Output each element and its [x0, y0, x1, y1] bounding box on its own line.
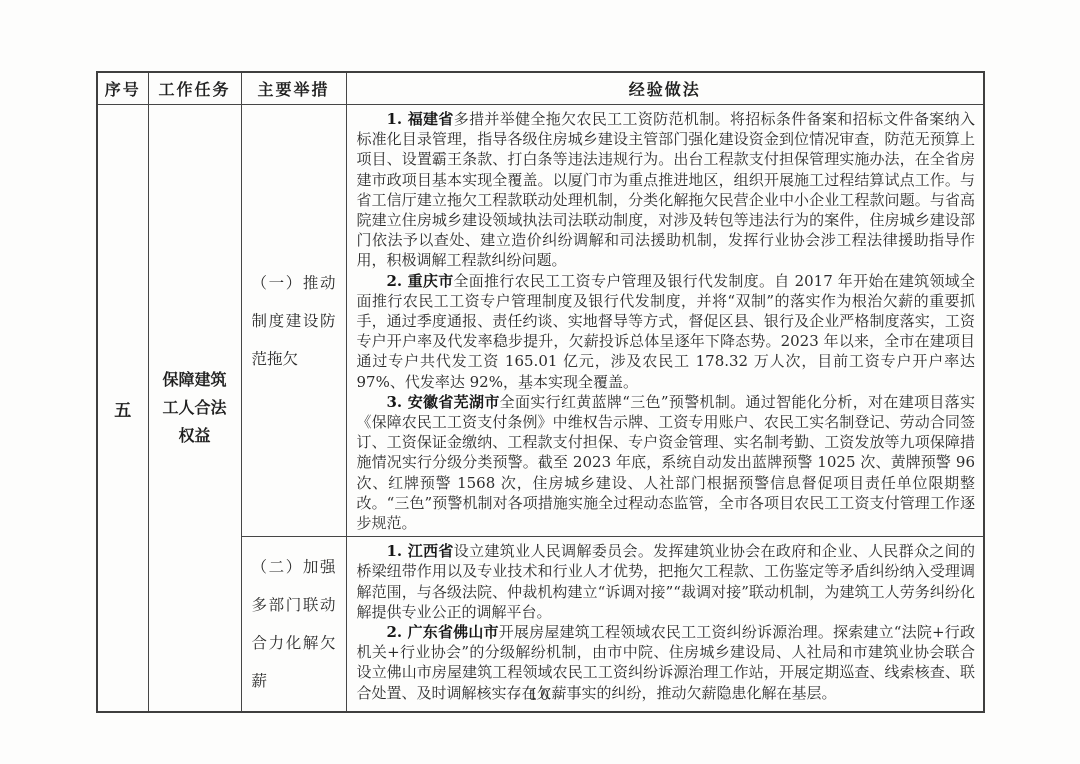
serial-number-cell: 五	[97, 105, 148, 713]
work-task-cell: 保障建筑工人合法权益	[148, 105, 241, 713]
paragraph-lead: 1. 江西省	[387, 542, 454, 560]
column-header-task: 工作任务	[148, 72, 241, 105]
experience-paragraph-jiangxi: 1. 江西省设立建筑业人民调解委员会。发挥建筑业协会在政府和企业、人民群众之间的…	[357, 541, 976, 622]
paragraph-lead: 3. 安徽省芜湖市	[387, 393, 500, 411]
paragraph-lead: 1. 福建省	[387, 110, 454, 128]
experience-paragraph-wuhu: 3. 安徽省芜湖市全面实行红黄蓝牌“三色”预警机制。通过智能化分析，对在建项目落…	[357, 392, 976, 533]
paragraph-lead: 2. 重庆市	[387, 272, 454, 290]
column-header-measure: 主要举措	[241, 72, 346, 105]
table-header-row: 序号 工作任务 主要举措 经验做法	[97, 72, 984, 105]
experience-paragraph-fujian: 1. 福建省多措并举健全拖欠农民工工资防范机制。将招标条件备案和招标文件备案纳入…	[357, 109, 976, 271]
column-header-experience: 经验做法	[346, 72, 984, 105]
measure-cell-1: （一）推动制度建设防范拖欠	[241, 105, 346, 537]
document-page: 序号 工作任务 主要举措 经验做法 五 保障建筑工人合法权益 （一）推动制度建设…	[0, 0, 1080, 764]
page-number: - 10 -	[0, 688, 1080, 704]
experience-paragraph-chongqing: 2. 重庆市全面推行农民工工资专户管理及银行代发制度。自 2017 年开始在建筑…	[357, 271, 976, 392]
column-header-serial: 序号	[97, 72, 148, 105]
experience-cell-2: 1. 江西省设立建筑业人民调解委员会。发挥建筑业协会在政府和企业、人民群众之间的…	[346, 537, 984, 713]
table-row-section-1: 五 保障建筑工人合法权益 （一）推动制度建设防范拖欠 1. 福建省多措并举健全拖…	[97, 105, 984, 537]
experience-table: 序号 工作任务 主要举措 经验做法 五 保障建筑工人合法权益 （一）推动制度建设…	[96, 71, 985, 713]
measure-cell-2: （二）加强多部门联动合力化解欠薪	[241, 537, 346, 713]
paragraph-lead: 2. 广东省佛山市	[387, 623, 499, 641]
paragraph-text: 全面实行红黄蓝牌“三色”预警机制。通过智能化分析，对在建项目落实《保障农民工工资…	[357, 393, 976, 532]
experience-cell-1: 1. 福建省多措并举健全拖欠农民工工资防范机制。将招标条件备案和招标文件备案纳入…	[346, 105, 984, 537]
paragraph-text: 多措并举健全拖欠农民工工资防范机制。将招标条件备案和招标文件备案纳入标准化目录管…	[357, 110, 976, 269]
